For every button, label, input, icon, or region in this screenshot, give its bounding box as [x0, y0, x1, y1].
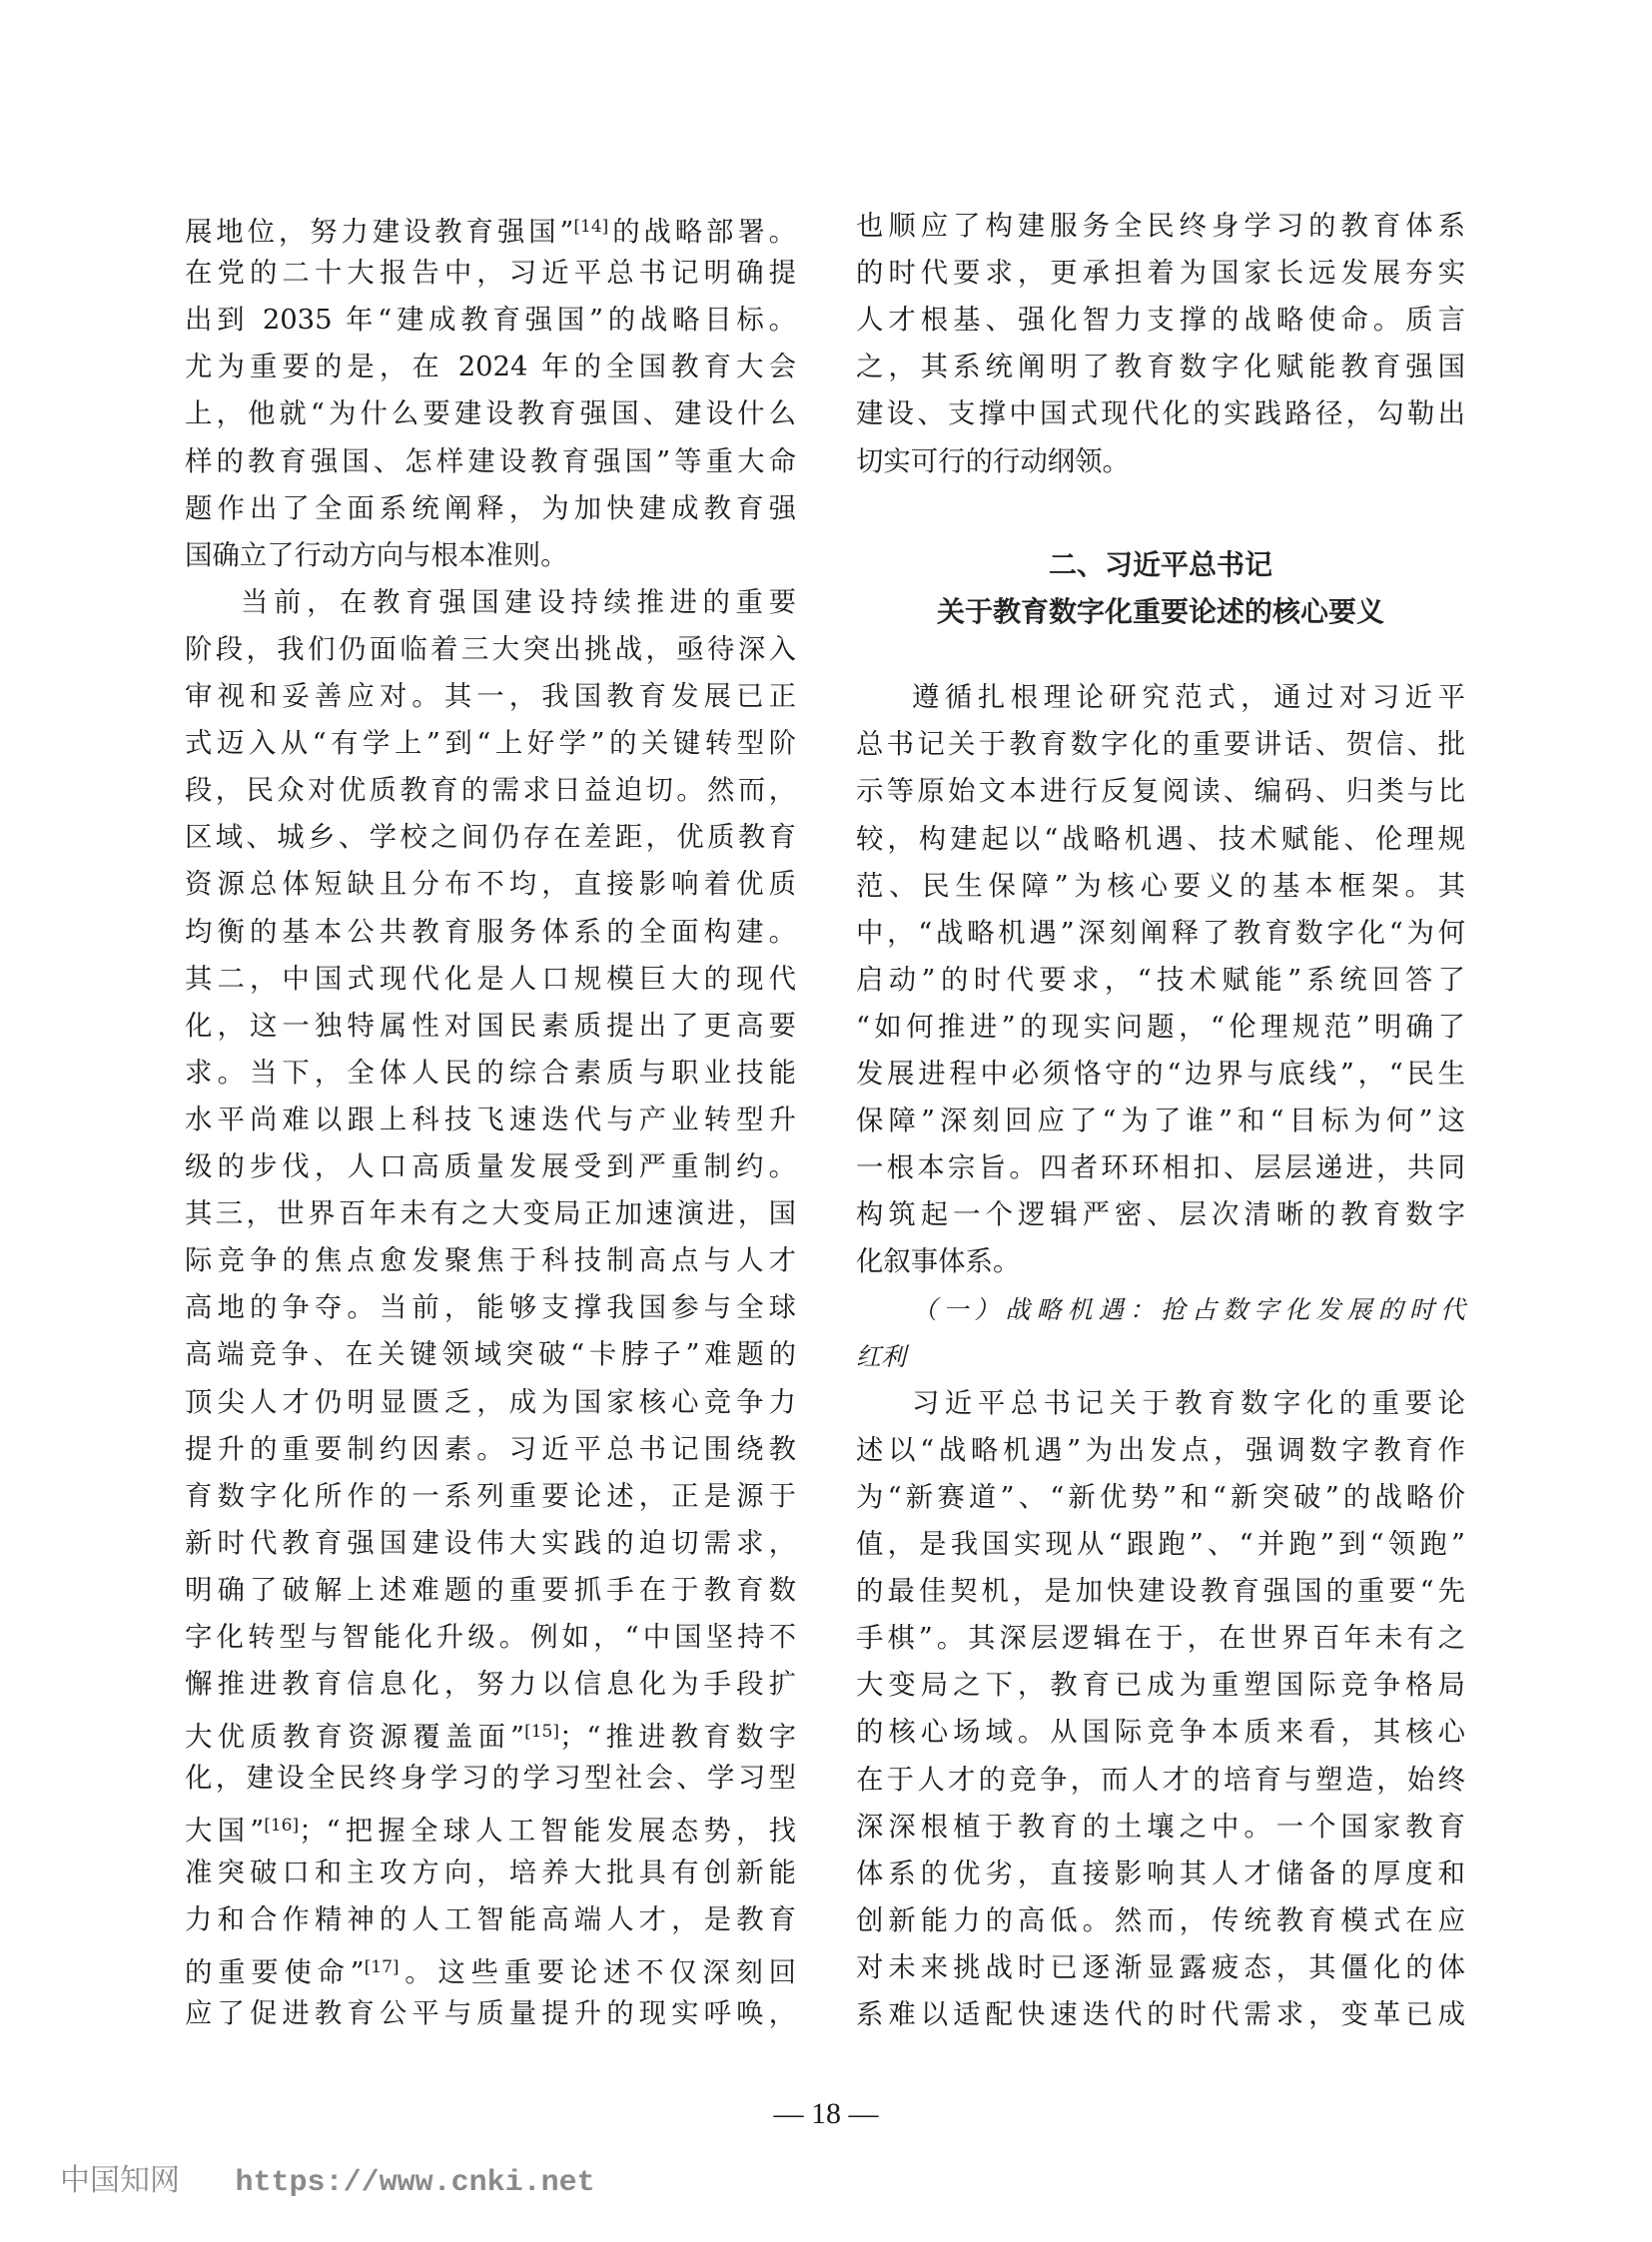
- text-line: 的时代要求，更承担着为国家长远发展夯实: [856, 257, 1465, 291]
- text-line: 总书记关于教育数字化的重要讲话、贺信、批: [856, 728, 1465, 762]
- text-line: 示等原始文本进行反复阅读、编码、归类与比: [856, 775, 1465, 809]
- text-line: 提升的重要制约因素。习近平总书记围绕教: [185, 1433, 796, 1467]
- text-line: 际竞争的焦点愈发聚焦于科技制高点与人才: [185, 1244, 796, 1278]
- text-line: 式迈入从“有学上”到“上好学”的关键转型阶: [185, 727, 796, 761]
- text-line: 力和合作精神的人工智能高端人才，是教育: [185, 1903, 796, 1937]
- text-line: 顶尖人才仍明显匮乏，成为国家核心竞争力: [185, 1386, 796, 1420]
- text-line: 高地的争夺。当前，能够支撑我国参与全球: [185, 1291, 796, 1325]
- text-line: 之，其系统阐明了教育数字化赋能教育强国: [856, 351, 1465, 384]
- text-line: 样的教育强国、怎样建设教育强国”等重大命: [185, 445, 796, 479]
- text-line: 也顺应了构建服务全民终身学习的教育体系: [856, 210, 1465, 244]
- text-line: 区域、城乡、学校之间仍存在差距，优质教育: [185, 821, 796, 855]
- text-line: 化叙事体系。: [856, 1245, 1465, 1279]
- text-line: 国确立了行动方向与根本准则。: [185, 539, 796, 573]
- subsection-heading-line: （一）战略机遇：抢占数字化发展的时代: [856, 1293, 1465, 1327]
- cnki-watermark: 中国知网 https://www.cnki.net: [60, 2155, 595, 2200]
- text-line: 展地位，努力建设教育强国”[14]的战略部署。: [185, 210, 796, 244]
- text-line: 在于人才的竞争，而人才的培育与塑造，始终: [856, 1764, 1465, 1798]
- text-line: 段，民众对优质教育的需求日益迫切。然而，: [185, 774, 796, 808]
- text-line: 切实可行的行动纲领。: [856, 445, 1465, 479]
- text-line: 明确了破解上述难题的重要抓手在于教育数: [185, 1574, 796, 1608]
- text-line: 均衡的基本公共教育服务体系的全面构建。: [185, 916, 796, 950]
- text-line: 字化转型与智能化升级。例如，“中国坚持不: [185, 1621, 796, 1655]
- text-line: 中，“战略机遇”深刻阐释了教育数字化“为何: [856, 917, 1465, 951]
- text-line: 级的步伐，人口高质量发展受到严重制约。: [185, 1150, 796, 1184]
- text-line: 的核心场域。从国际竞争本质来看，其核心: [856, 1716, 1465, 1750]
- text-line: 启动”的时代要求，“技术赋能”系统回答了: [856, 964, 1465, 998]
- text-line: 范、民生保障”为核心要义的基本框架。其: [856, 870, 1465, 904]
- text-line: 审视和妥善应对。其一，我国教育发展已正: [185, 680, 796, 714]
- text-line: 建设、支撑中国式现代化的实践路径，勾勒出: [856, 397, 1465, 431]
- citation-marker: [14]: [573, 217, 608, 237]
- text-line: 求。当下，全体人民的综合素质与职业技能: [185, 1057, 796, 1091]
- section-heading-line2: 关于教育数字化重要论述的核心要义: [856, 595, 1465, 629]
- text-line: 懈推进教育信息化，努力以信息化为手段扩: [185, 1668, 796, 1702]
- text-line: 大优质教育资源覆盖面”[15]；“推进教育数字: [185, 1715, 796, 1749]
- text-line: 资源总体短缺且分布不均，直接影响着优质: [185, 868, 796, 902]
- text-line: 新时代教育强国建设伟大实践的迫切需求，: [185, 1527, 796, 1561]
- text-line: 高端竞争、在关键领域突破“卡脖子”难题的: [185, 1338, 796, 1372]
- text-line: 尤为重要的是，在 2024 年的全国教育大会: [185, 351, 796, 384]
- text-line: “如何推进”的现实问题，“伦理规范”明确了: [856, 1011, 1465, 1045]
- citation-marker: [16]: [264, 1816, 299, 1836]
- text-line: 一根本宗旨。四者环环相扣、层层递进，共同: [856, 1151, 1465, 1185]
- text-line: 体系的优劣，直接影响其人才储备的厚度和: [856, 1858, 1465, 1891]
- text-line: 在党的二十大报告中，习近平总书记明确提: [185, 257, 796, 291]
- text-line: 较，构建起以“战略机遇、技术赋能、伦理规: [856, 823, 1465, 857]
- text-line: 应了促进教育公平与质量提升的现实呼唤，: [185, 1997, 796, 2031]
- text-line: 题作出了全面系统阐释，为加快建成教育强: [185, 492, 796, 526]
- text-line: 系难以适配快速迭代的时代需求，变革已成: [856, 1998, 1465, 2032]
- text-line: 遵循扎根理论研究范式，通过对习近平: [856, 681, 1465, 715]
- text-line: 化，建设全民终身学习的学习型社会、学习型: [185, 1762, 796, 1796]
- text-line: 其三，世界百年未有之大变局正加速演进，国: [185, 1197, 796, 1231]
- text-line: 述以“战略机遇”为出发点，强调数字教育作: [856, 1434, 1465, 1468]
- text-line: 准突破口和主攻方向，培养大批具有创新能: [185, 1857, 796, 1890]
- subsection-heading-line: 红利: [856, 1340, 1465, 1374]
- text-line: 育数字化所作的一系列重要论述，正是源于: [185, 1480, 796, 1514]
- text-line: 对未来挑战时已逐渐显露疲态，其僵化的体: [856, 1951, 1465, 1985]
- text-line: 人才根基、强化智力支撑的战略使命。质言: [856, 304, 1465, 338]
- text-line: 为“新赛道”、“新优势”和“新突破”的战略价: [856, 1481, 1465, 1515]
- text-line: 出到 2035 年“建成教育强国”的战略目标。: [185, 304, 796, 338]
- text-line: 值，是我国实现从“跟跑”、“并跑”到“领跑”: [856, 1528, 1465, 1562]
- text-line: 大变局之下，教育已成为重塑国际竞争格局: [856, 1669, 1465, 1703]
- left-column: 展地位，努力建设教育强国”[14]的战略部署。在党的二十大报告中，习近平总书记明…: [185, 0, 796, 2097]
- section-heading-line1: 二、习近平总书记: [856, 548, 1465, 582]
- text-line: 上，他就“为什么要建设教育强国、建设什么: [185, 397, 796, 431]
- text-line: 手棋”。其深层逻辑在于，在世界百年未有之: [856, 1622, 1465, 1656]
- text-line: 保障”深刻回应了“为了谁”和“目标为何”这: [856, 1105, 1465, 1138]
- text-line: 深深根植于教育的土壤之中。一个国家教育: [856, 1811, 1465, 1845]
- text-line: 的最佳契机，是加快建设教育强国的重要“先: [856, 1575, 1465, 1609]
- right-column: 二、习近平总书记 关于教育数字化重要论述的核心要义 也顺应了构建服务全民终身学习…: [856, 0, 1465, 2097]
- text-line: 构筑起一个逻辑严密、层次清晰的教育数字: [856, 1198, 1465, 1232]
- watermark-name: 中国知网: [60, 2163, 180, 2198]
- text-line: 创新能力的高低。然而，传统教育模式在应: [856, 1904, 1465, 1938]
- text-line: 当前，在教育强国建设持续推进的重要: [185, 586, 796, 620]
- text-line: 习近平总书记关于教育数字化的重要论: [856, 1387, 1465, 1421]
- citation-marker: [17]: [365, 1957, 400, 1977]
- text-line: 发展进程中必须恪守的“边界与底线”，“民生: [856, 1058, 1465, 1092]
- text-line: 的重要使命”[17]。这些重要论述不仅深刻回: [185, 1950, 796, 1984]
- page-number: — 18 —: [0, 2097, 1652, 2131]
- citation-marker: [15]: [524, 1722, 559, 1742]
- text-line: 化，这一独特属性对国民素质提出了更高要: [185, 1010, 796, 1044]
- watermark-url[interactable]: https://www.cnki.net: [236, 2166, 595, 2200]
- text-line: 其二，中国式现代化是人口规模巨大的现代: [185, 963, 796, 997]
- text-line: 大国”[16]；“把握全球人工智能发展态势，找: [185, 1809, 796, 1843]
- text-line: 阶段，我们仍面临着三大突出挑战，亟待深入: [185, 633, 796, 667]
- text-line: 水平尚难以跟上科技飞速迭代与产业转型升: [185, 1104, 796, 1137]
